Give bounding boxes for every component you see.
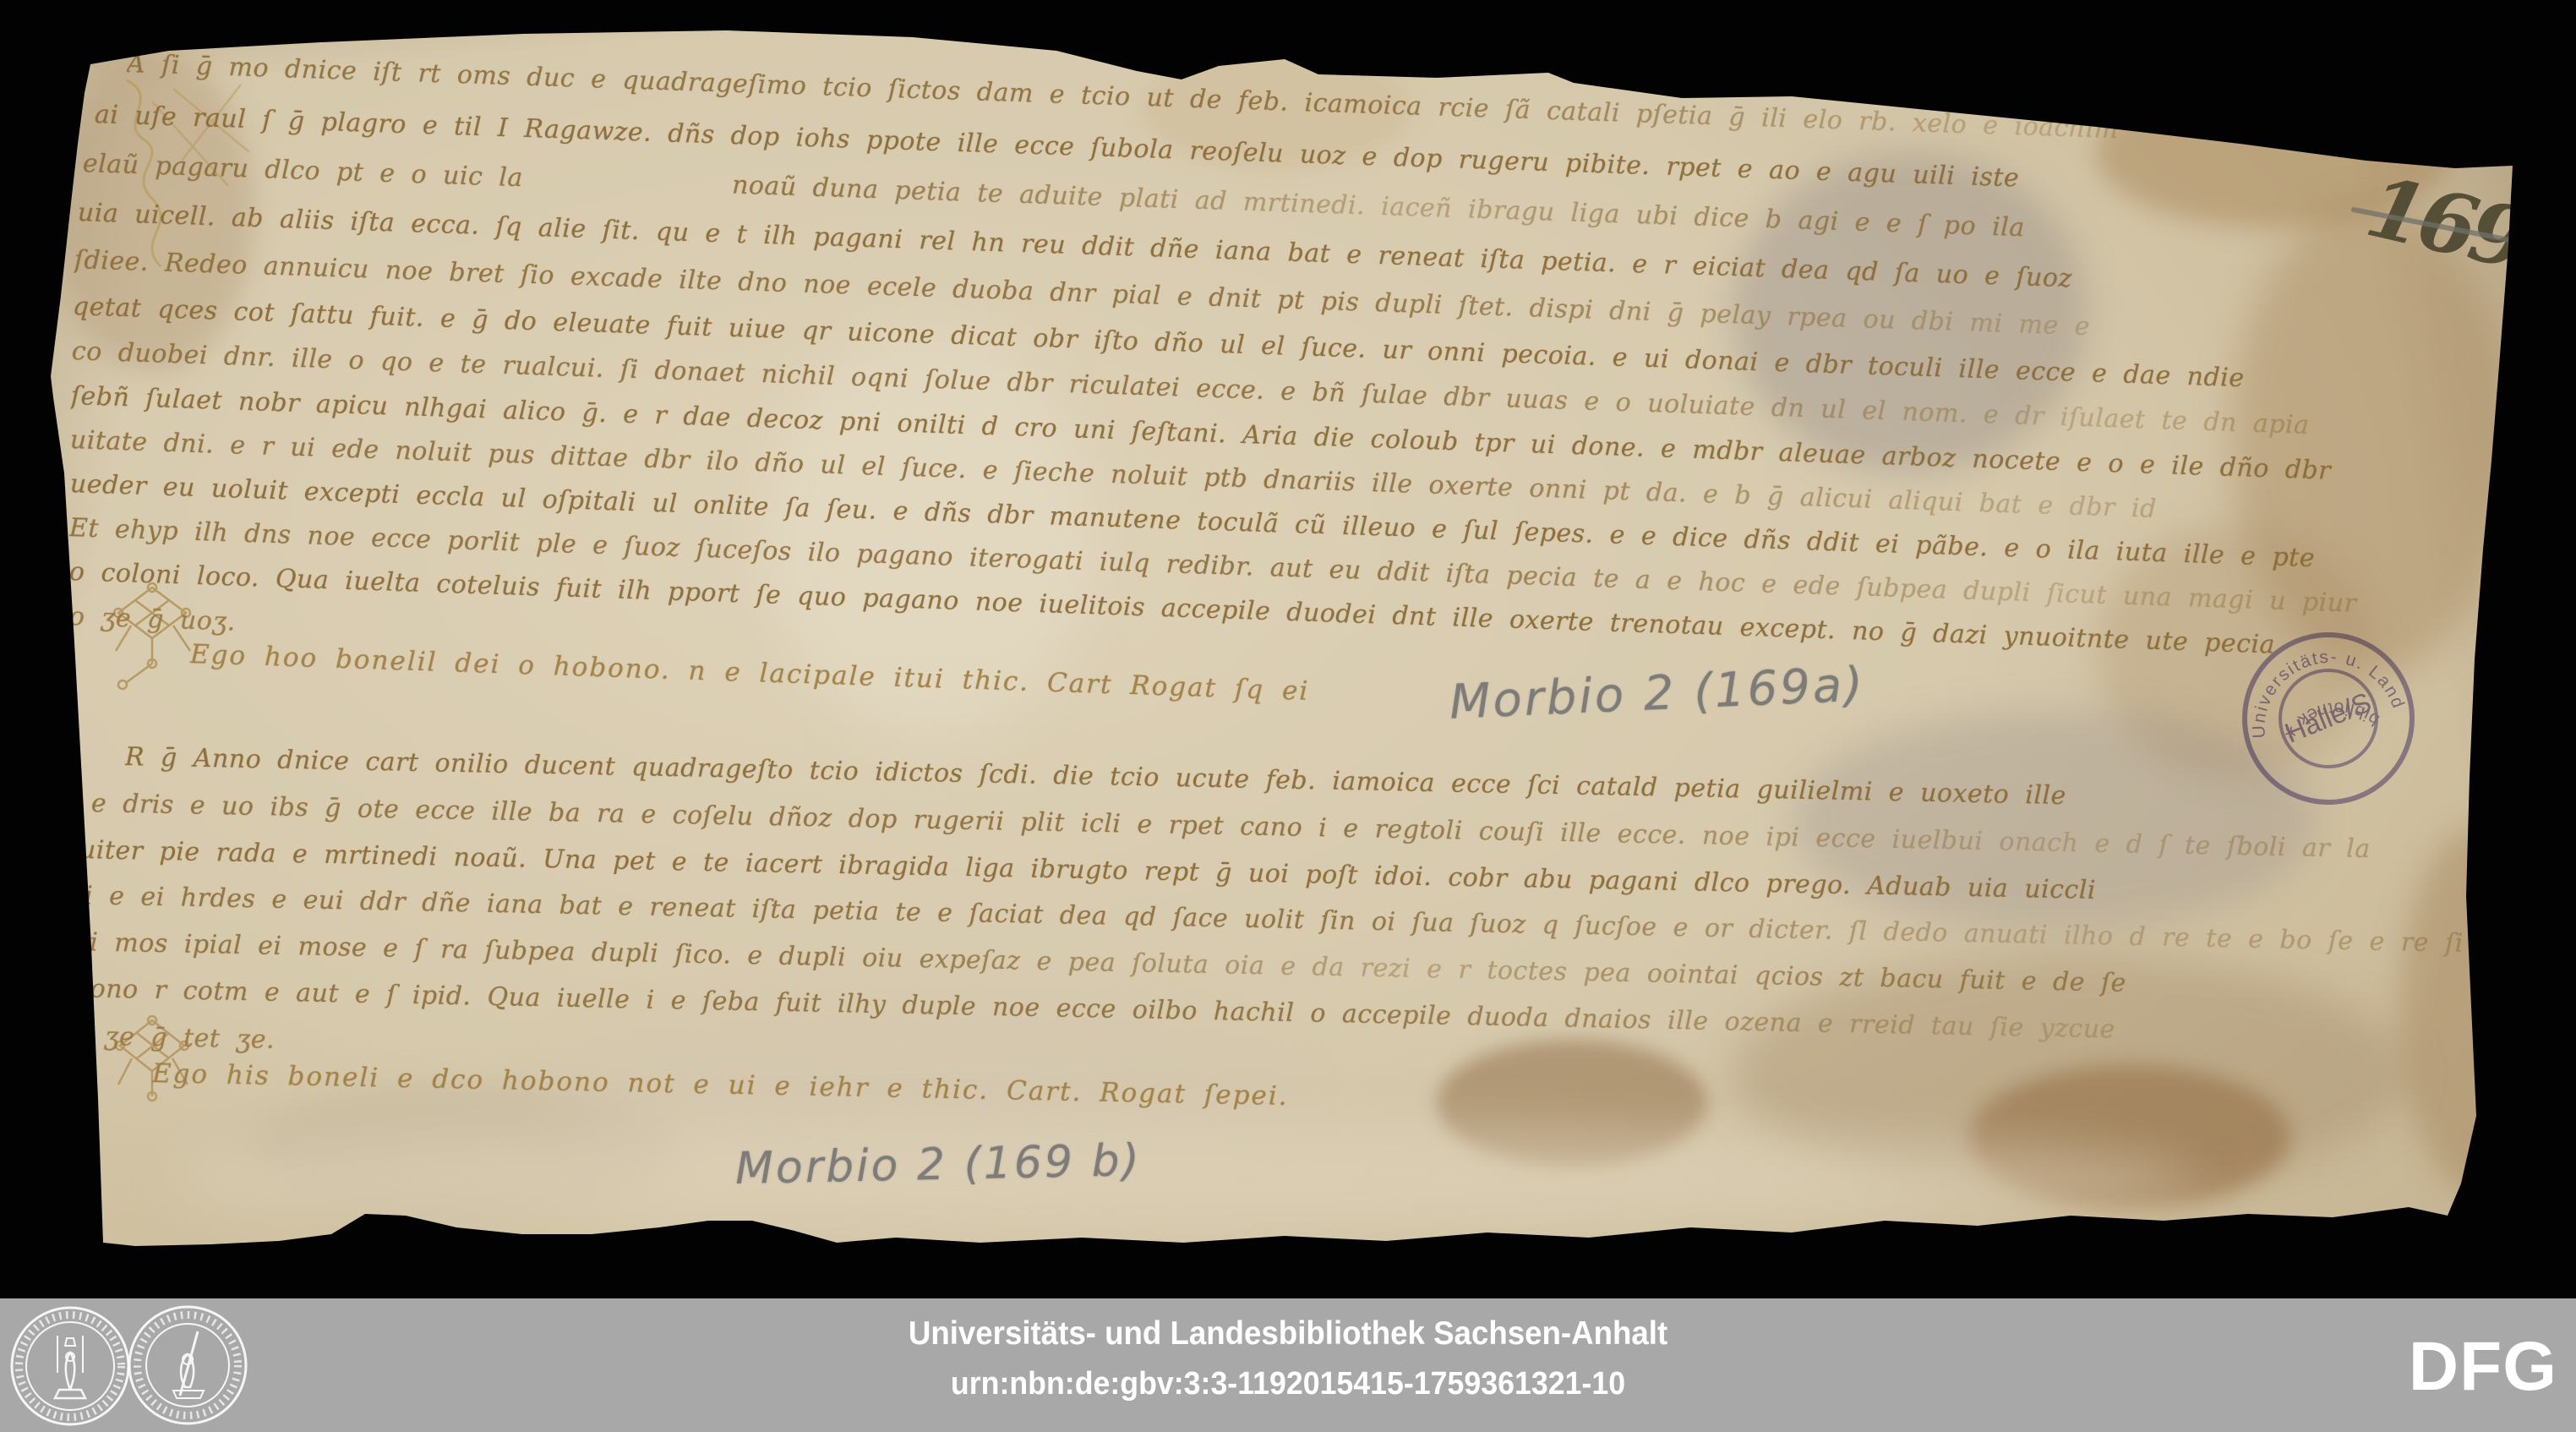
university-seal-right bbox=[129, 1307, 246, 1424]
dfg-logo: DFG bbox=[2409, 1327, 2557, 1407]
university-seal-left bbox=[12, 1308, 128, 1424]
stamp-center-text: Halle/S bbox=[2280, 686, 2376, 749]
footer-institution: Universitäts- und Landesbibliothek Sachs… bbox=[909, 1315, 1667, 1353]
viewer-canvas: A ſi ḡ mo dnice iſt rt oms duc e quadrag… bbox=[0, 0, 2576, 1432]
university-seals-logo bbox=[3, 1298, 257, 1432]
stain bbox=[169, 1124, 2197, 1234]
footer-bar: Universitäts- und Landesbibliothek Sachs… bbox=[0, 1298, 2576, 1432]
parchment-document: A ſi ḡ mo dnice iſt rt oms duc e quadrag… bbox=[0, 0, 2576, 1432]
library-stamp: Universitäts- u. Landes bibliothek ∗ Hal… bbox=[2219, 609, 2439, 829]
pencil-annotation-169b: Morbio 2 (169 b) bbox=[734, 1135, 1142, 1194]
footer-urn: urn:nbn:de:gbv:3:3-1192015415-1759361321… bbox=[951, 1366, 1625, 1402]
